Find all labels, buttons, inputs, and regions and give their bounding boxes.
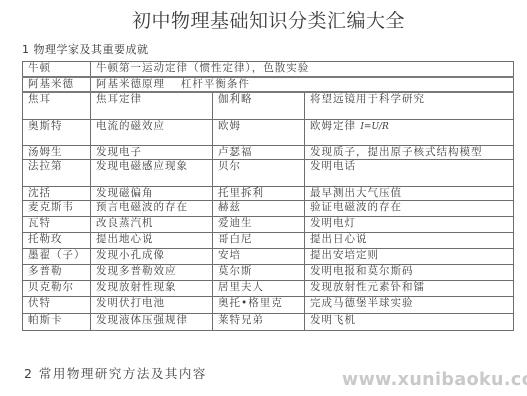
table-row: 麦克斯韦 预言电磁波的存在 赫兹 验证电磁波的存在 <box>23 201 514 217</box>
physicist-name: 爱迪生 <box>213 217 305 233</box>
physicist-name: 伏特 <box>23 297 91 314</box>
physicist-name: 法拉第 <box>23 160 91 187</box>
physicist-achievement: 发明飞机 <box>305 314 514 331</box>
physicist-achievement: 提出地心说 <box>91 233 213 249</box>
page-title: 初中物理基础知识分类汇编大全 <box>0 6 527 33</box>
physicist-name: 汤姆生 <box>23 146 91 160</box>
physicist-name: 麦克斯韦 <box>23 201 91 217</box>
physicist-name: 赫兹 <box>213 201 305 217</box>
physicist-name: 墨翟（子） <box>23 249 91 265</box>
physicist-name: 居里夫人 <box>213 281 305 297</box>
table-row: 墨翟（子） 发现小孔成像 安培 提出安培定则 <box>23 249 514 265</box>
table-row: 焦耳 焦耳定律 伽利略 将望远镜用于科学研究 <box>23 92 514 120</box>
ohm-formula: I=U/R <box>360 122 389 132</box>
table-row: 沈括 发现磁偏角 托里拆利 最早测出大气压值 <box>23 187 514 201</box>
physicist-name: 奥斯特 <box>23 120 91 146</box>
physicist-name: 焦耳 <box>23 92 91 120</box>
physicist-achievement: 提出安培定则 <box>305 249 514 265</box>
physicist-achievement: 发现液体压强规律 <box>91 314 213 331</box>
physicist-name: 欧姆 <box>213 120 305 146</box>
physicist-achievement: 发现小孔成像 <box>91 249 213 265</box>
physicist-achievement: 最早测出大气压值 <box>305 187 514 201</box>
physicist-name: 安培 <box>213 249 305 265</box>
physicist-name: 伽利略 <box>213 92 305 120</box>
table-row: 托勒玫 提出地心说 哥白尼 提出日心说 <box>23 233 514 249</box>
physicist-achievement: 发明电报和莫尔斯码 <box>305 265 514 281</box>
table-row: 瓦特 改良蒸汽机 爱迪生 发明电灯 <box>23 217 514 233</box>
physicist-name: 牛顿 <box>23 62 91 77</box>
physicist-achievement: 将望远镜用于科学研究 <box>305 92 514 120</box>
physicist-name: 贝尔 <box>213 160 305 187</box>
watermark: www.xunibaoku.com <box>342 370 527 390</box>
physicist-achievement: 发现放射性元素钋和镭 <box>305 281 514 297</box>
physicist-name: 托里拆利 <box>213 187 305 201</box>
physicist-name: 莱特兄弟 <box>213 314 305 331</box>
physicist-achievement: 发现多普勒效应 <box>91 265 213 281</box>
physicist-achievement: 发明伏打电池 <box>91 297 213 314</box>
physicist-achievement: 焦耳定律 <box>91 92 213 120</box>
table-row: 阿基米德 阿基米德原理 杠杆平衡条件 <box>23 77 514 92</box>
physicist-achievement: 发明电话 <box>305 160 514 187</box>
physicist-name: 奥托•格里克 <box>213 297 305 314</box>
physicists-table: 牛顿 牛顿第一运动定律（惯性定律），色散实验 阿基米德 阿基米德原理 杠杆平衡条… <box>22 61 514 331</box>
physicist-achievement: 发现电子 <box>91 146 213 160</box>
physicist-name: 沈括 <box>23 187 91 201</box>
physicist-name: 瓦特 <box>23 217 91 233</box>
table-row: 伏特 发明伏打电池 奥托•格里克 完成马德堡半球实验 <box>23 297 514 314</box>
physicist-achievement: 发现质子，提出原子核式结构模型 <box>305 146 514 160</box>
table-row: 帕斯卡 发现液体压强规律 莱特兄弟 发明飞机 <box>23 314 514 331</box>
table-row: 奥斯特 电流的磁效应 欧姆 欧姆定律 I=U/R <box>23 120 514 146</box>
physicist-name: 托勒玫 <box>23 233 91 249</box>
physicist-achievement: 改良蒸汽机 <box>91 217 213 233</box>
physicist-achievement: 验证电磁波的存在 <box>305 201 514 217</box>
table-row: 牛顿 牛顿第一运动定律（惯性定律），色散实验 <box>23 62 514 77</box>
physicist-achievement: 发现放射性现象 <box>91 281 213 297</box>
physicist-name: 莫尔斯 <box>213 265 305 281</box>
physicist-achievement: 发现电磁感应现象 <box>91 160 213 187</box>
physicist-achievement: 发现磁偏角 <box>91 187 213 201</box>
physicist-name: 多普勒 <box>23 265 91 281</box>
table-row: 法拉第 发现电磁感应现象 贝尔 发明电话 <box>23 160 514 187</box>
physicist-name: 哥白尼 <box>213 233 305 249</box>
table-row: 多普勒 发现多普勒效应 莫尔斯 发明电报和莫尔斯码 <box>23 265 514 281</box>
achievement-text: 欧姆定律 <box>310 120 356 132</box>
table-row: 汤姆生 发现电子 卢瑟福 发现质子，提出原子核式结构模型 <box>23 146 514 160</box>
physicist-name: 卢瑟福 <box>213 146 305 160</box>
physicist-achievement: 阿基米德原理 杠杆平衡条件 <box>91 77 514 92</box>
physicist-name: 贝克勒尔 <box>23 281 91 297</box>
physicist-achievement: 欧姆定律 I=U/R <box>305 120 514 146</box>
physicist-achievement: 完成马德堡半球实验 <box>305 297 514 314</box>
physicist-achievement: 电流的磁效应 <box>91 120 213 146</box>
physicist-achievement: 牛顿第一运动定律（惯性定律），色散实验 <box>91 62 514 77</box>
physicist-achievement: 预言电磁波的存在 <box>91 201 213 217</box>
physicist-achievement: 发明电灯 <box>305 217 514 233</box>
table-row: 贝克勒尔 发现放射性现象 居里夫人 发现放射性元素钋和镭 <box>23 281 514 297</box>
section-heading-physicists: 1 物理学家及其重要成就 <box>22 41 149 57</box>
physicist-name: 阿基米德 <box>23 77 91 92</box>
physicist-achievement: 提出日心说 <box>305 233 514 249</box>
section-heading-methods: 2 常用物理研究方法及其内容 <box>24 364 207 382</box>
physicist-name: 帕斯卡 <box>23 314 91 331</box>
